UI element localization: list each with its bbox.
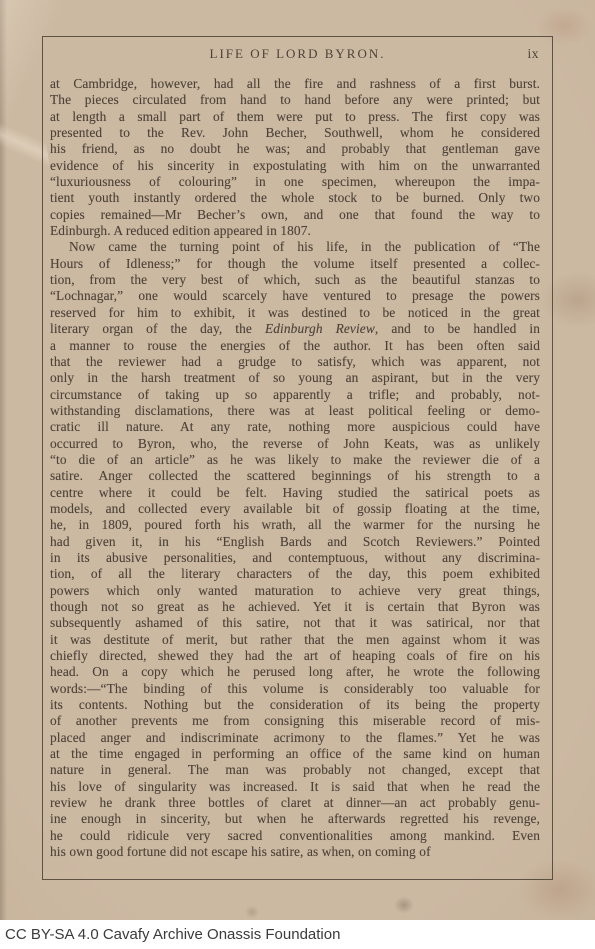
text-line: words:—“The binding of this volume is co… bbox=[50, 681, 540, 697]
text-line: copies remained—Mr Becher’s own, and one… bbox=[50, 207, 540, 223]
text-line: models, and collected every available bi… bbox=[50, 501, 540, 517]
text-line: at length a small part of them were put … bbox=[50, 109, 540, 125]
text-line: powers which only wanted maturation to a… bbox=[50, 583, 540, 599]
text-line: its contents. Nothing but the considerat… bbox=[50, 697, 540, 713]
text-line: withstanding disclamations, there was at… bbox=[50, 403, 540, 419]
page-border-frame: LIFE OF LORD BYRON. ix at Cambridge, how… bbox=[42, 36, 553, 880]
text-line: his own good fortune did not escape his … bbox=[50, 844, 540, 860]
text-line: The pieces circulated from hand to hand … bbox=[50, 92, 540, 108]
text-line: reserved for him to exhibit, it was dest… bbox=[50, 305, 540, 321]
text-line: Edinburgh. A reduced edition appeared in… bbox=[50, 223, 540, 239]
text-line: review he drank three bottles of claret … bbox=[50, 795, 540, 811]
text-line: tion, of all the literary characters of … bbox=[50, 566, 540, 582]
text-line: satire. Anger collected the scattered be… bbox=[50, 468, 540, 484]
text-line: though not so great as he achieved. Yet … bbox=[50, 599, 540, 615]
text-line: at Cambridge, however, had all the fire … bbox=[50, 76, 540, 92]
text-line: had given it, in his “English Bards and … bbox=[50, 534, 540, 550]
text-line: of another prevents me from consigning t… bbox=[50, 713, 540, 729]
text-line: he, in 1809, poured forth his wrath, all… bbox=[50, 517, 540, 533]
text-line: in its abusive personalities, and contem… bbox=[50, 550, 540, 566]
page-number: ix bbox=[527, 46, 539, 62]
text-line: his friend, as no doubt he was; and prob… bbox=[50, 141, 540, 157]
text-line: Now came the turning point of his life, … bbox=[50, 239, 540, 255]
text-line: subsequently ashamed of this satire, not… bbox=[50, 615, 540, 631]
text-line: head. On a copy which he perused long af… bbox=[50, 664, 540, 680]
scanned-page: LIFE OF LORD BYRON. ix at Cambridge, how… bbox=[0, 0, 595, 949]
text-line: it was destitute of merit, but rather th… bbox=[50, 632, 540, 648]
text-line: centre where it could be felt. Having st… bbox=[50, 485, 540, 501]
text-line: placed anger and indiscriminate acrimony… bbox=[50, 730, 540, 746]
text-line: tient youth instantly ordered the whole … bbox=[50, 190, 540, 206]
text-line: “Lochnagar,” one would scarcely have ven… bbox=[50, 288, 540, 304]
text-line: presented to the Rev. John Becher, South… bbox=[50, 125, 540, 141]
text-line: Hours of Idleness;” for though the volum… bbox=[50, 256, 540, 272]
text-line: only in the harsh treatment of so young … bbox=[50, 370, 540, 386]
text-line: that the reviewer had a grudge to satisf… bbox=[50, 354, 540, 370]
text-line: chiefly directed, shewed they had the ar… bbox=[50, 648, 540, 664]
page-body: at Cambridge, however, had all the fire … bbox=[50, 76, 540, 861]
text-line: “to die of an article” as he was likely … bbox=[50, 452, 540, 468]
text-line: tion, from the very best of which, such … bbox=[50, 272, 540, 288]
attribution-bar: CC BY-SA 4.0 Cavafy Archive Onassis Foun… bbox=[0, 920, 595, 949]
attribution-text: CC BY-SA 4.0 Cavafy Archive Onassis Foun… bbox=[5, 926, 340, 943]
text-line: evidence of his sincerity in expostulati… bbox=[50, 158, 540, 174]
text-line: his love of singularity was increased. I… bbox=[50, 779, 540, 795]
paragraph: Now came the turning point of his life, … bbox=[50, 239, 540, 860]
text-line: ine enough in sincerity, but when he aft… bbox=[50, 811, 540, 827]
paragraph: at Cambridge, however, had all the fire … bbox=[50, 76, 540, 239]
text-line: “luxuriousness of colouring” in one spec… bbox=[50, 174, 540, 190]
text-line: nature in general. The man was probably … bbox=[50, 762, 540, 778]
page-title: LIFE OF LORD BYRON. bbox=[210, 46, 386, 61]
text-line: cratic ill nature. At any rate, nothing … bbox=[50, 419, 540, 435]
running-header: LIFE OF LORD BYRON. ix bbox=[43, 46, 552, 63]
text-line: literary organ of the day, the Edinburgh… bbox=[50, 321, 540, 337]
text-line: circumstance of taking up so apparently … bbox=[50, 387, 540, 403]
text-line: a manner to rouse the energies of the au… bbox=[50, 338, 540, 354]
text-line: at the time engaged in performing an off… bbox=[50, 746, 540, 762]
text-line: he could ridicule very sacred convention… bbox=[50, 828, 540, 844]
text-line: occurred to Byron, who, the reverse of J… bbox=[50, 436, 540, 452]
